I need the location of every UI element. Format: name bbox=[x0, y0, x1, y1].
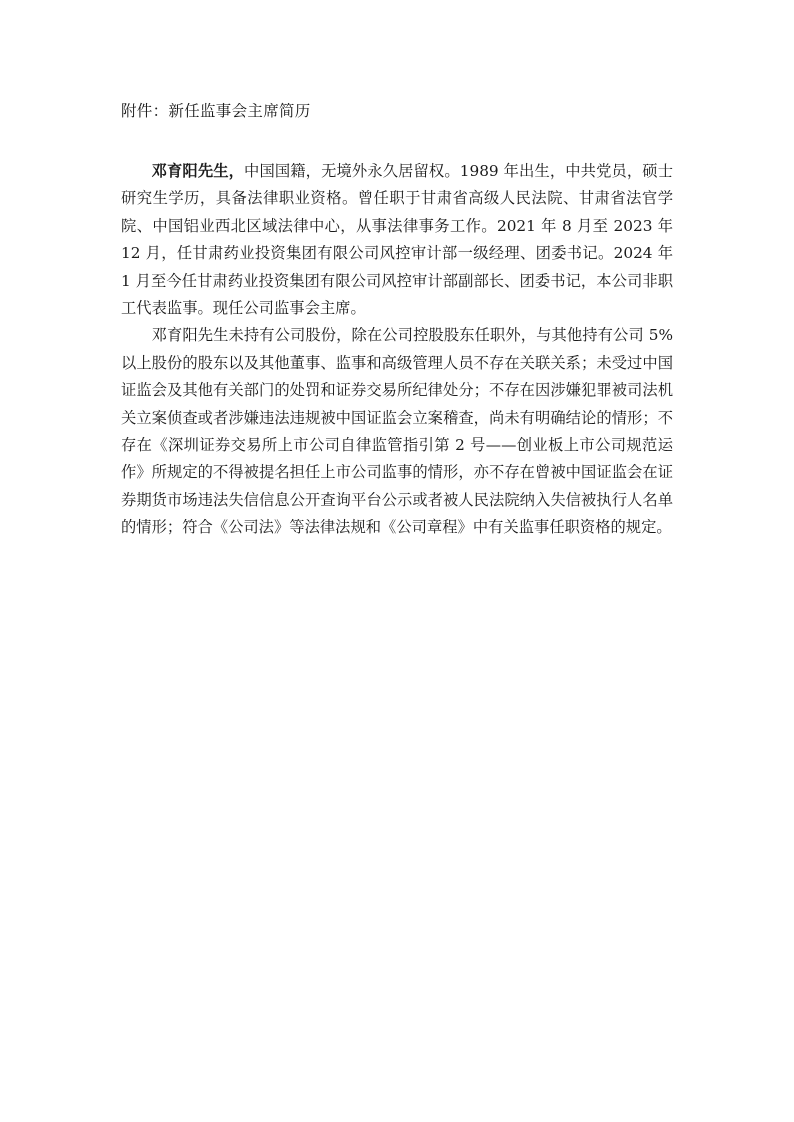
resume-paragraph-disclosure: 邓育阳先生未持有公司股份，除在公司控股股东任职外，与其他持有公司 5%以上股份的… bbox=[121, 322, 673, 541]
person-name-bold: 邓育阳先生， bbox=[152, 162, 244, 180]
resume-body: 邓育阳先生，中国国籍，无境外永久居留权。1989 年出生，中共党员，硕士研究生学… bbox=[121, 158, 673, 542]
background-text: 中国国籍，无境外永久居留权。1989 年出生，中共党员，硕士研究生学历，具备法律… bbox=[121, 162, 673, 317]
attachment-title: 附件：新任监事会主席简历 bbox=[121, 100, 311, 122]
resume-paragraph-background: 邓育阳先生，中国国籍，无境外永久居留权。1989 年出生，中共党员，硕士研究生学… bbox=[121, 158, 673, 322]
disclosure-text: 邓育阳先生未持有公司股份，除在公司控股股东任职外，与其他持有公司 5%以上股份的… bbox=[121, 326, 673, 536]
